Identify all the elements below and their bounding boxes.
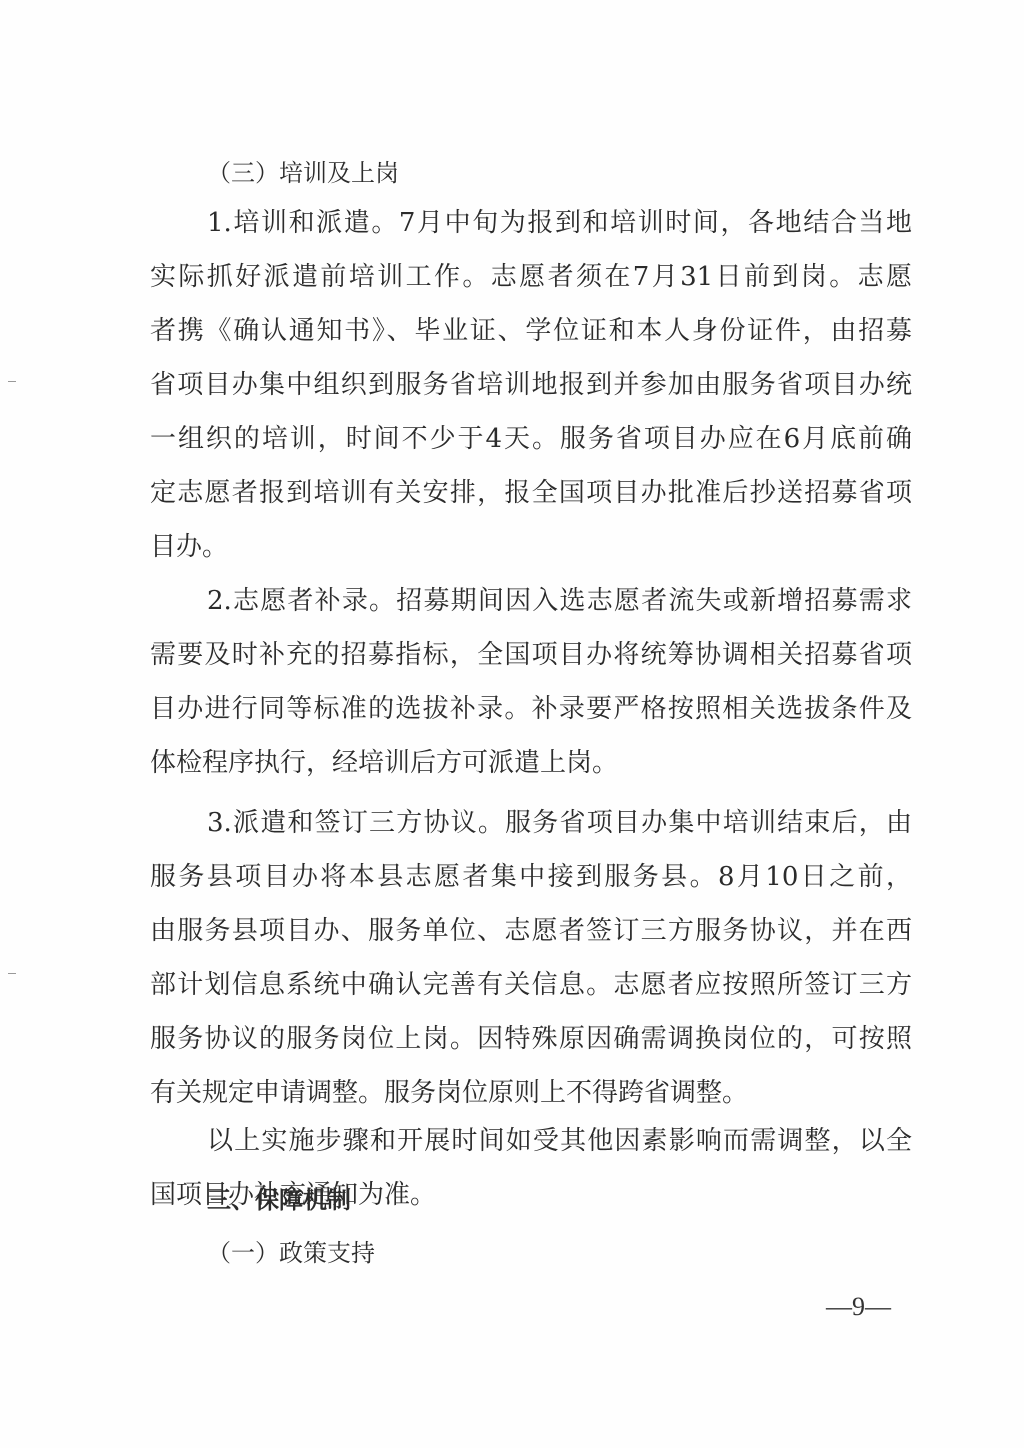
paragraph-line: 由服务县项目办、服务单位、志愿者签订三方服务协议，并在西 [150,916,912,946]
paragraph-line: 服务协议的服务岗位上岗。因特殊原因确需调换岗位的，可按照 [150,1024,912,1054]
page-number: —9— [826,1292,891,1322]
paragraph-line: 部计划信息系统中确认完善有关信息。志愿者应按照所签订三方 [150,970,912,1000]
paragraph-line: 定志愿者报到培训有关安排，报全国项目办批准后抄送招募省项 [150,478,912,508]
paragraph-line: 以上实施步骤和开展时间如受其他因素影响而需调整，以全 [207,1126,912,1156]
margin-mark [8,381,16,382]
paragraph-line: 一组织的培训，时间不少于4天。服务省项目办应在6月底前确 [150,424,912,454]
margin-mark [8,973,16,974]
paragraph-line: 目办进行同等标准的选拔补录。补录要严格按照相关选拔条件及 [150,694,912,724]
paragraph-line: 目办。 [150,532,912,562]
paragraph-line: 需要及时补充的招募指标，全国项目办将统筹协调相关招募省项 [150,640,912,670]
paragraph-line: 者携《确认通知书》、毕业证、学位证和本人身份证件，由招募 [150,316,912,346]
paragraph-line: 实际抓好派遣前培训工作。志愿者须在7月31日前到岗。志愿 [150,262,912,292]
document-page: （三）培训及上岗1.培训和派遣。7月中旬为报到和培训时间，各地结合当地实际抓好派… [0,0,1024,1448]
paragraph-line: 省项目办集中组织到服务省培训地报到并参加由服务省项目办统 [150,370,912,400]
paragraph-line: 体检程序执行，经培训后方可派遣上岗。 [150,748,912,778]
paragraph-line: 有关规定申请调整。服务岗位原则上不得跨省调整。 [150,1078,912,1108]
paragraph-line: 2.志愿者补录。招募期间因入选志愿者流失或新增招募需求 [207,586,912,616]
subsection-heading: （三）培训及上岗 [207,158,912,188]
section-heading: 三、保障机制 [207,1185,912,1215]
paragraph-line: 服务县项目办将本县志愿者集中接到服务县。8月10日之前， [150,862,912,892]
paragraph-line: 1.培训和派遣。7月中旬为报到和培训时间，各地结合当地 [207,208,912,238]
sub-heading: （一）政策支持 [207,1238,912,1268]
paragraph-line: 3.派遣和签订三方协议。服务省项目办集中培训结束后，由 [207,808,912,838]
